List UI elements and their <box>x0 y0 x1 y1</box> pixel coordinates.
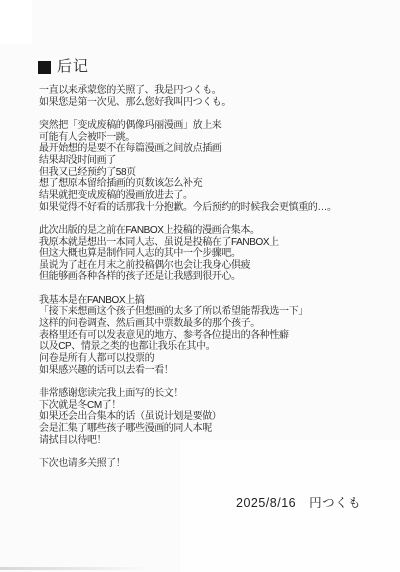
text-line: 但我又已经预约了58页 <box>39 167 389 179</box>
text-line: 请拭目以待吧！ <box>39 435 389 447</box>
page-title: 后记 <box>38 59 89 75</box>
text-line: 一直以来承蒙您的关照了、我是円つくも。 <box>39 85 389 97</box>
text-line: 下次就是冬CM了！ <box>39 400 389 412</box>
text-line: 但这大概也算是制作同人志的其中一个步骤吧。 <box>39 248 389 260</box>
text-line: 表格里还有可以发表意见的地方、参考各位提出的各种性癖 <box>39 330 389 342</box>
afterword-body: 一直以来承蒙您的关照了、我是円つくも。如果您是第一次见、那么您好我叫円つくも。突… <box>39 85 389 470</box>
text-line: 如果感兴趣的话可以去看一看！ <box>39 365 389 377</box>
signature-date: 2025/8/16 円つくも <box>236 493 361 511</box>
text-line: 会是汇集了哪些孩子哪些漫画的同人本呢 <box>39 423 389 435</box>
text-line <box>39 376 389 388</box>
text-line: 但能够画各种各样的孩子还是让我感到很开心。 <box>39 271 389 283</box>
scan-edge-artifact <box>0 567 150 570</box>
text-line: 如果您是第一次见、那么您好我叫円つくも。 <box>39 97 389 109</box>
text-line: 「接下来想画这个孩子但想画的太多了所以希望能帮我选一下」 <box>39 306 389 318</box>
text-line: 如果还会出合集本的话（虽说计划是要做） <box>39 411 389 423</box>
text-line <box>39 108 389 120</box>
text-line <box>39 283 389 295</box>
text-line: 突然把「变成废稿的偶像玛丽漫画」放上来 <box>39 120 389 132</box>
text-line <box>39 446 389 458</box>
text-line: 我基本是在FANBOX上搞 <box>39 295 389 307</box>
text-line: 问卷是所有人都可以投票的 <box>39 353 389 365</box>
text-line: 结果却没时间画了 <box>39 155 389 167</box>
black-square-icon <box>38 61 51 74</box>
text-line: 下次也请多关照了！ <box>39 458 389 470</box>
page-title-label: 后记 <box>57 59 89 75</box>
text-line: 以及CP、情景之类的也都让我乐在其中。 <box>39 341 389 353</box>
text-line <box>39 213 389 225</box>
afterword-page: 后记 一直以来承蒙您的关照了、我是円つくも。如果您是第一次见、那么您好我叫円つく… <box>0 0 400 572</box>
text-line: 想了想原本留给插画的页数该怎么补充 <box>39 178 389 190</box>
text-line: 如果觉得不好看的话那我十分抱歉。今后预约的时候我会更慎重的…。 <box>39 202 389 214</box>
text-line: 非常感谢您读完我上面写的长文！ <box>39 388 389 400</box>
text-line: 最开始想的是要不在每篇漫画之间放点插画 <box>39 143 389 155</box>
text-line: 我原本就是想出一本同人志、虽说是投稿在了FANBOX上 <box>39 237 389 249</box>
text-line: 结果就把变成废稿的漫画放进去了。 <box>39 190 389 202</box>
text-line: 此次出版的是之前在FANBOX上投稿的漫画合集本。 <box>39 225 389 237</box>
text-line: 可能有人会被吓一跳。 <box>39 132 389 144</box>
text-line: 这样的问卷调查、然后画其中票数最多的那个孩子。 <box>39 318 389 330</box>
scan-light-corner <box>0 0 32 44</box>
text-line: 虽说为了赶在月末之前投稿偶尔也会让我身心俱疲 <box>39 260 389 272</box>
